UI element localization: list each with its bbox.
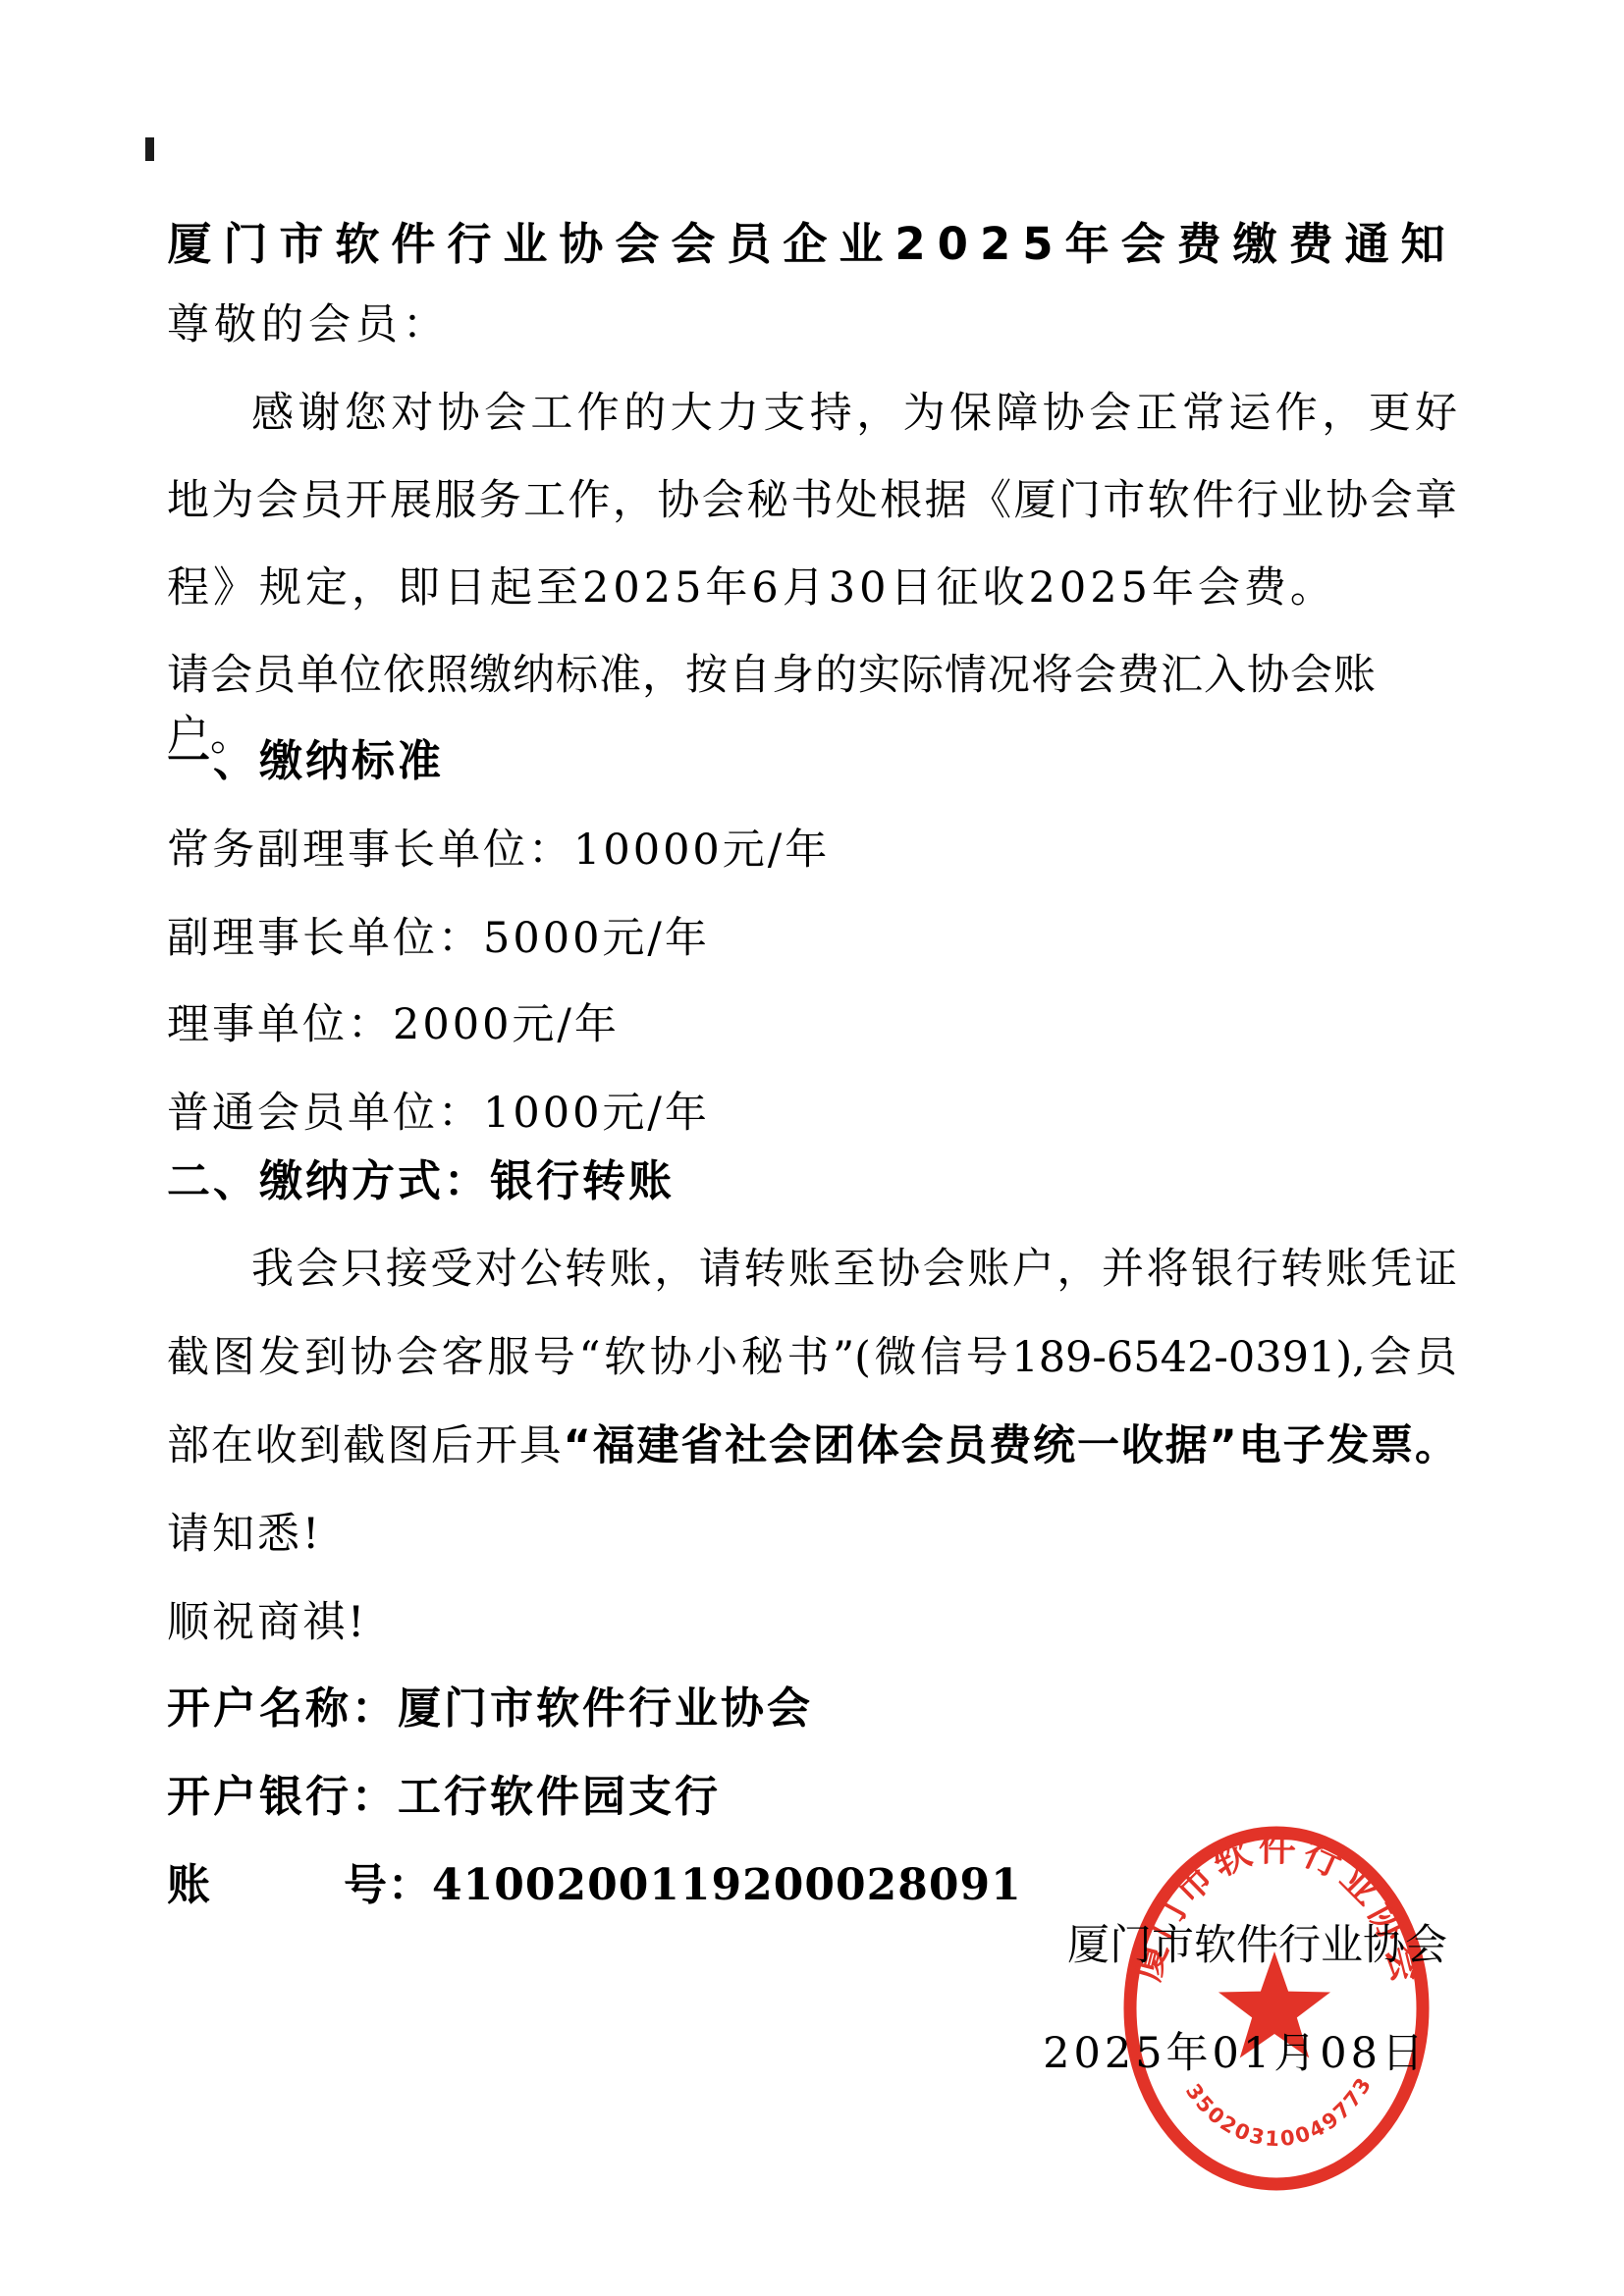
- paragraph1-line1: 感谢您对协会工作的大力支持，为保障协会正常运作，更好: [167, 383, 1457, 444]
- signature-date: 2025年01月08日: [740, 2020, 1428, 2080]
- stamp-serial-number: 35020310049773: [1181, 2074, 1376, 2151]
- fee-item-executive-vice-chair: 常务副理事长单位：10000元/年: [167, 820, 1457, 881]
- fee-item-vice-chair: 副理事长单位：5000元/年: [167, 908, 1457, 969]
- paragraph3-line3-bold-text: “福建省社会团体会员费统一收据”电子发票。: [564, 1421, 1457, 1470]
- paragraph3-line3-normal-text: 部在收到截图后开具: [167, 1421, 564, 1470]
- salutation: 尊敬的会员：: [167, 294, 1457, 355]
- paragraph3-line1: 我会只接受对公转账，请转账至协会账户，并将银行转账凭证: [167, 1239, 1457, 1300]
- paragraph3-line3: 部在收到截图后开具“福建省社会团体会员费统一收据”电子发票。: [167, 1415, 1457, 1476]
- scan-artifact-mark: [145, 137, 154, 161]
- document-title: 厦门市软件行业协会会员企业2025年会费缴费通知: [0, 208, 1624, 272]
- fee-item-director: 理事单位：2000元/年: [167, 994, 1457, 1055]
- paragraph1-line3: 程》规定，即日起至2025年6月30日征收2025年会费。: [167, 558, 1457, 618]
- account-bank-line: 开户银行：工行软件园支行: [167, 1767, 1457, 1828]
- account-number-line: 账 号：4100200119200028091: [167, 1855, 1457, 1916]
- section2-heading: 二、缴纳方式：银行转账: [167, 1151, 1457, 1212]
- paragraph1-line2: 地为会员开展服务工作，协会秘书处根据《厦门市软件行业协会章: [167, 470, 1457, 531]
- account-name-line: 开户名称：厦门市软件行业协会: [167, 1679, 1457, 1739]
- paragraph3-line2: 截图发到协会客服号“软协小秘书”(微信号189-6542-0391),会员: [167, 1327, 1457, 1388]
- closing-wish: 顺祝商祺!: [167, 1592, 1457, 1653]
- notice-document-page: 厦门市软件行业协会 35020310049773 厦门市软件行业协会会员企业20…: [0, 0, 1624, 2296]
- signature-organization: 厦门市软件行业协会: [760, 1912, 1447, 1972]
- fee-item-regular-member: 普通会员单位：1000元/年: [167, 1083, 1457, 1144]
- section1-heading: 一、缴纳标准: [167, 731, 1457, 792]
- closing-note: 请知悉!: [167, 1504, 1457, 1565]
